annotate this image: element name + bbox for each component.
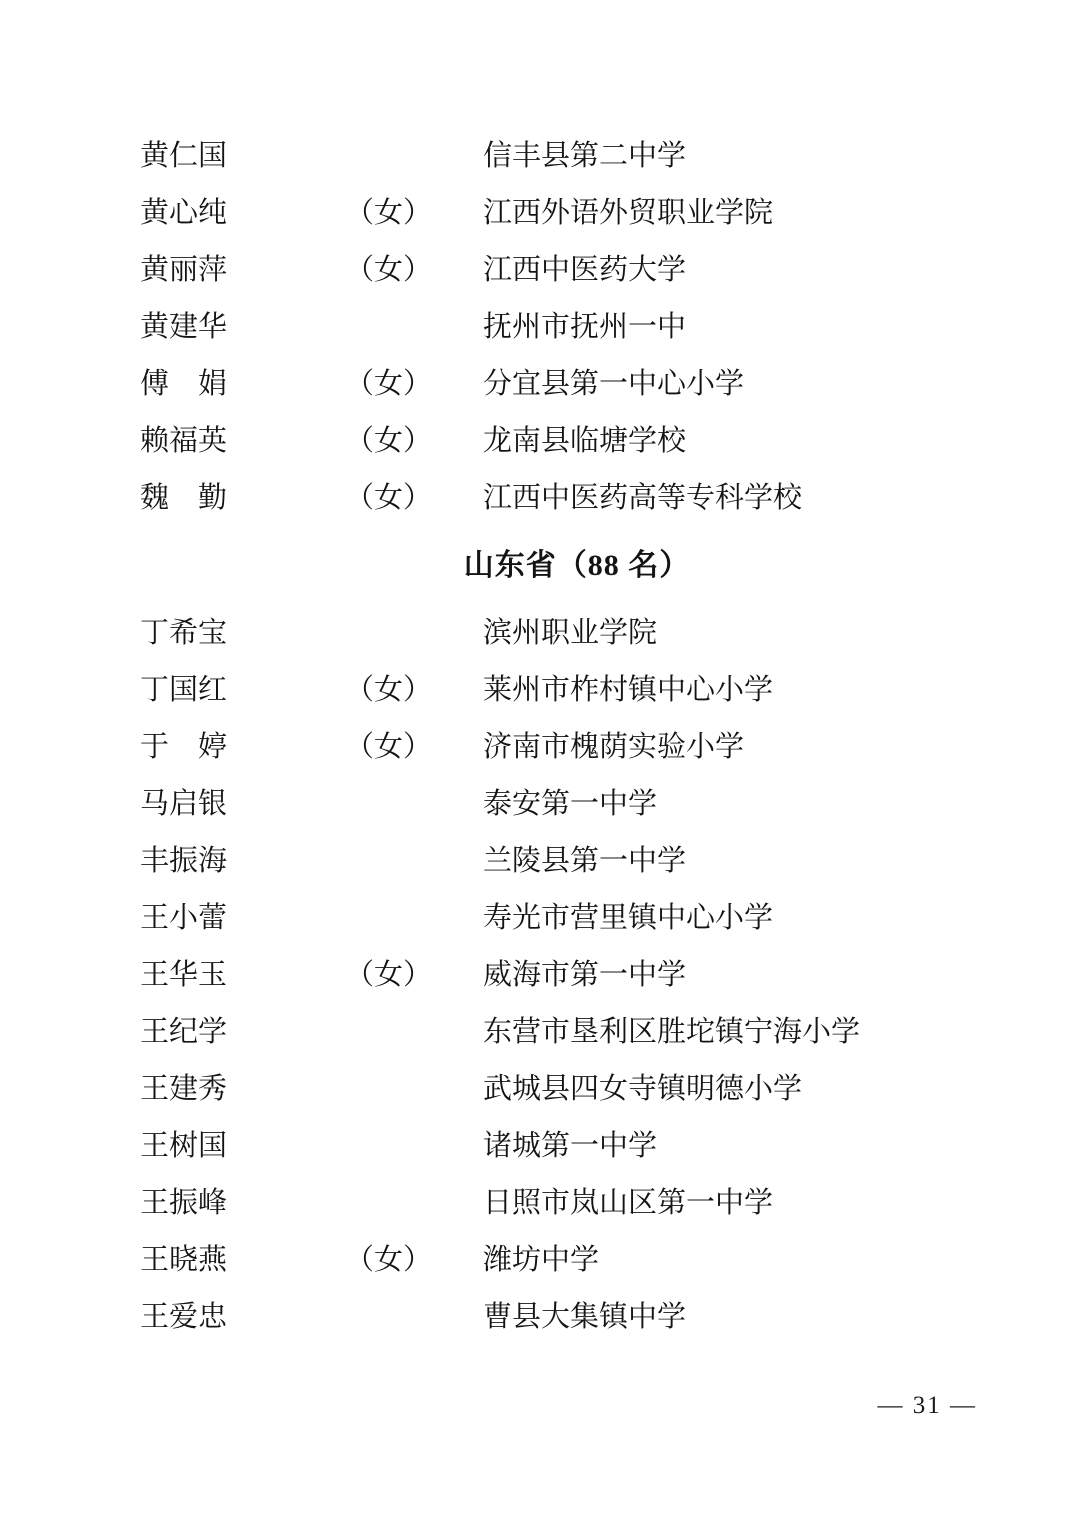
entry-gender-marker: （女） <box>345 1232 483 1289</box>
entry-name: 于 婷 <box>140 719 345 776</box>
page-number: — 31 — <box>878 1392 978 1420</box>
entry-gender-marker <box>345 1061 483 1118</box>
entry-name: 黄建华 <box>140 299 345 356</box>
entry-institution: 莱州市柞村镇中心小学 <box>483 662 1014 719</box>
entry-row: 王爱忠曹县大集镇中学 <box>140 1289 1014 1346</box>
entry-name: 魏 勤 <box>140 470 345 527</box>
entry-institution: 滨州职业学院 <box>483 605 1014 662</box>
entry-gender-marker: （女） <box>345 470 483 527</box>
entry-institution: 曹县大集镇中学 <box>483 1289 1014 1346</box>
entry-institution: 济南市槐荫实验小学 <box>483 719 1014 776</box>
entry-gender-marker: （女） <box>345 719 483 776</box>
entry-gender-marker <box>345 1118 483 1175</box>
entry-institution: 诸城第一中学 <box>483 1118 1014 1175</box>
entry-institution: 泰安第一中学 <box>483 776 1014 833</box>
entry-name: 马启银 <box>140 776 345 833</box>
entry-gender-marker <box>345 1004 483 1061</box>
entry-gender-marker: （女） <box>345 662 483 719</box>
entry-institution: 兰陵县第一中学 <box>483 833 1014 890</box>
entry-institution: 威海市第一中学 <box>483 947 1014 1004</box>
entry-row: 王小蕾寿光市营里镇中心小学 <box>140 890 1014 947</box>
entry-row: 王建秀武城县四女寺镇明德小学 <box>140 1061 1014 1118</box>
entry-gender-marker <box>345 833 483 890</box>
entry-row: 丰振海兰陵县第一中学 <box>140 833 1014 890</box>
document-body: 黄仁国信丰县第二中学黄心纯（女）江西外语外贸职业学院黄丽萍（女）江西中医药大学黄… <box>140 128 1014 1346</box>
entry-row: 黄丽萍（女）江西中医药大学 <box>140 242 1014 299</box>
entry-row: 黄建华抚州市抚州一中 <box>140 299 1014 356</box>
entry-gender-marker <box>345 890 483 947</box>
entry-name: 黄仁国 <box>140 128 345 185</box>
entry-row: 魏 勤（女）江西中医药高等专科学校 <box>140 470 1014 527</box>
entry-institution: 江西中医药大学 <box>483 242 1014 299</box>
entry-institution: 龙南县临塘学校 <box>483 413 1014 470</box>
entry-name: 黄心纯 <box>140 185 345 242</box>
entry-row: 黄心纯（女）江西外语外贸职业学院 <box>140 185 1014 242</box>
entry-gender-marker <box>345 605 483 662</box>
entry-row: 王华玉（女）威海市第一中学 <box>140 947 1014 1004</box>
entry-name: 王振峰 <box>140 1175 345 1232</box>
entry-institution: 信丰县第二中学 <box>483 128 1014 185</box>
entry-row: 赖福英（女）龙南县临塘学校 <box>140 413 1014 470</box>
entry-gender-marker <box>345 128 483 185</box>
entry-institution: 寿光市营里镇中心小学 <box>483 890 1014 947</box>
entry-row: 丁国红（女）莱州市柞村镇中心小学 <box>140 662 1014 719</box>
entry-gender-marker: （女） <box>345 242 483 299</box>
entry-institution: 日照市岚山区第一中学 <box>483 1175 1014 1232</box>
entry-gender-marker: （女） <box>345 947 483 1004</box>
entry-name: 黄丽萍 <box>140 242 345 299</box>
entry-gender-marker: （女） <box>345 185 483 242</box>
entry-name: 王树国 <box>140 1118 345 1175</box>
section-header: 山东省（88 名） <box>140 537 1014 594</box>
entry-name: 王纪学 <box>140 1004 345 1061</box>
entry-row: 王振峰日照市岚山区第一中学 <box>140 1175 1014 1232</box>
entry-institution: 东营市垦利区胜坨镇宁海小学 <box>483 1004 1014 1061</box>
entry-gender-marker <box>345 1289 483 1346</box>
entry-gender-marker <box>345 776 483 833</box>
entry-institution: 潍坊中学 <box>483 1232 1014 1289</box>
entry-row: 马启银泰安第一中学 <box>140 776 1014 833</box>
entry-name: 王爱忠 <box>140 1289 345 1346</box>
entry-name: 丰振海 <box>140 833 345 890</box>
entry-row: 王树国诸城第一中学 <box>140 1118 1014 1175</box>
entry-row: 傅 娟（女）分宜县第一中心小学 <box>140 356 1014 413</box>
entry-row: 于 婷（女）济南市槐荫实验小学 <box>140 719 1014 776</box>
entry-name: 傅 娟 <box>140 356 345 413</box>
entry-row: 黄仁国信丰县第二中学 <box>140 128 1014 185</box>
entry-institution: 江西中医药高等专科学校 <box>483 470 1014 527</box>
entry-row: 丁希宝滨州职业学院 <box>140 605 1014 662</box>
entry-gender-marker: （女） <box>345 413 483 470</box>
entry-institution: 抚州市抚州一中 <box>483 299 1014 356</box>
entry-gender-marker <box>345 1175 483 1232</box>
document-page: 黄仁国信丰县第二中学黄心纯（女）江西外语外贸职业学院黄丽萍（女）江西中医药大学黄… <box>0 0 1074 1520</box>
entry-name: 王小蕾 <box>140 890 345 947</box>
entry-name: 王建秀 <box>140 1061 345 1118</box>
entry-name: 赖福英 <box>140 413 345 470</box>
entry-row: 王纪学东营市垦利区胜坨镇宁海小学 <box>140 1004 1014 1061</box>
entry-name: 王华玉 <box>140 947 345 1004</box>
entry-name: 丁国红 <box>140 662 345 719</box>
entry-institution: 武城县四女寺镇明德小学 <box>483 1061 1014 1118</box>
entry-name: 丁希宝 <box>140 605 345 662</box>
entry-row: 王晓燕（女）潍坊中学 <box>140 1232 1014 1289</box>
entry-institution: 江西外语外贸职业学院 <box>483 185 1014 242</box>
entry-institution: 分宜县第一中心小学 <box>483 356 1014 413</box>
entry-gender-marker <box>345 299 483 356</box>
entry-name: 王晓燕 <box>140 1232 345 1289</box>
entry-gender-marker: （女） <box>345 356 483 413</box>
